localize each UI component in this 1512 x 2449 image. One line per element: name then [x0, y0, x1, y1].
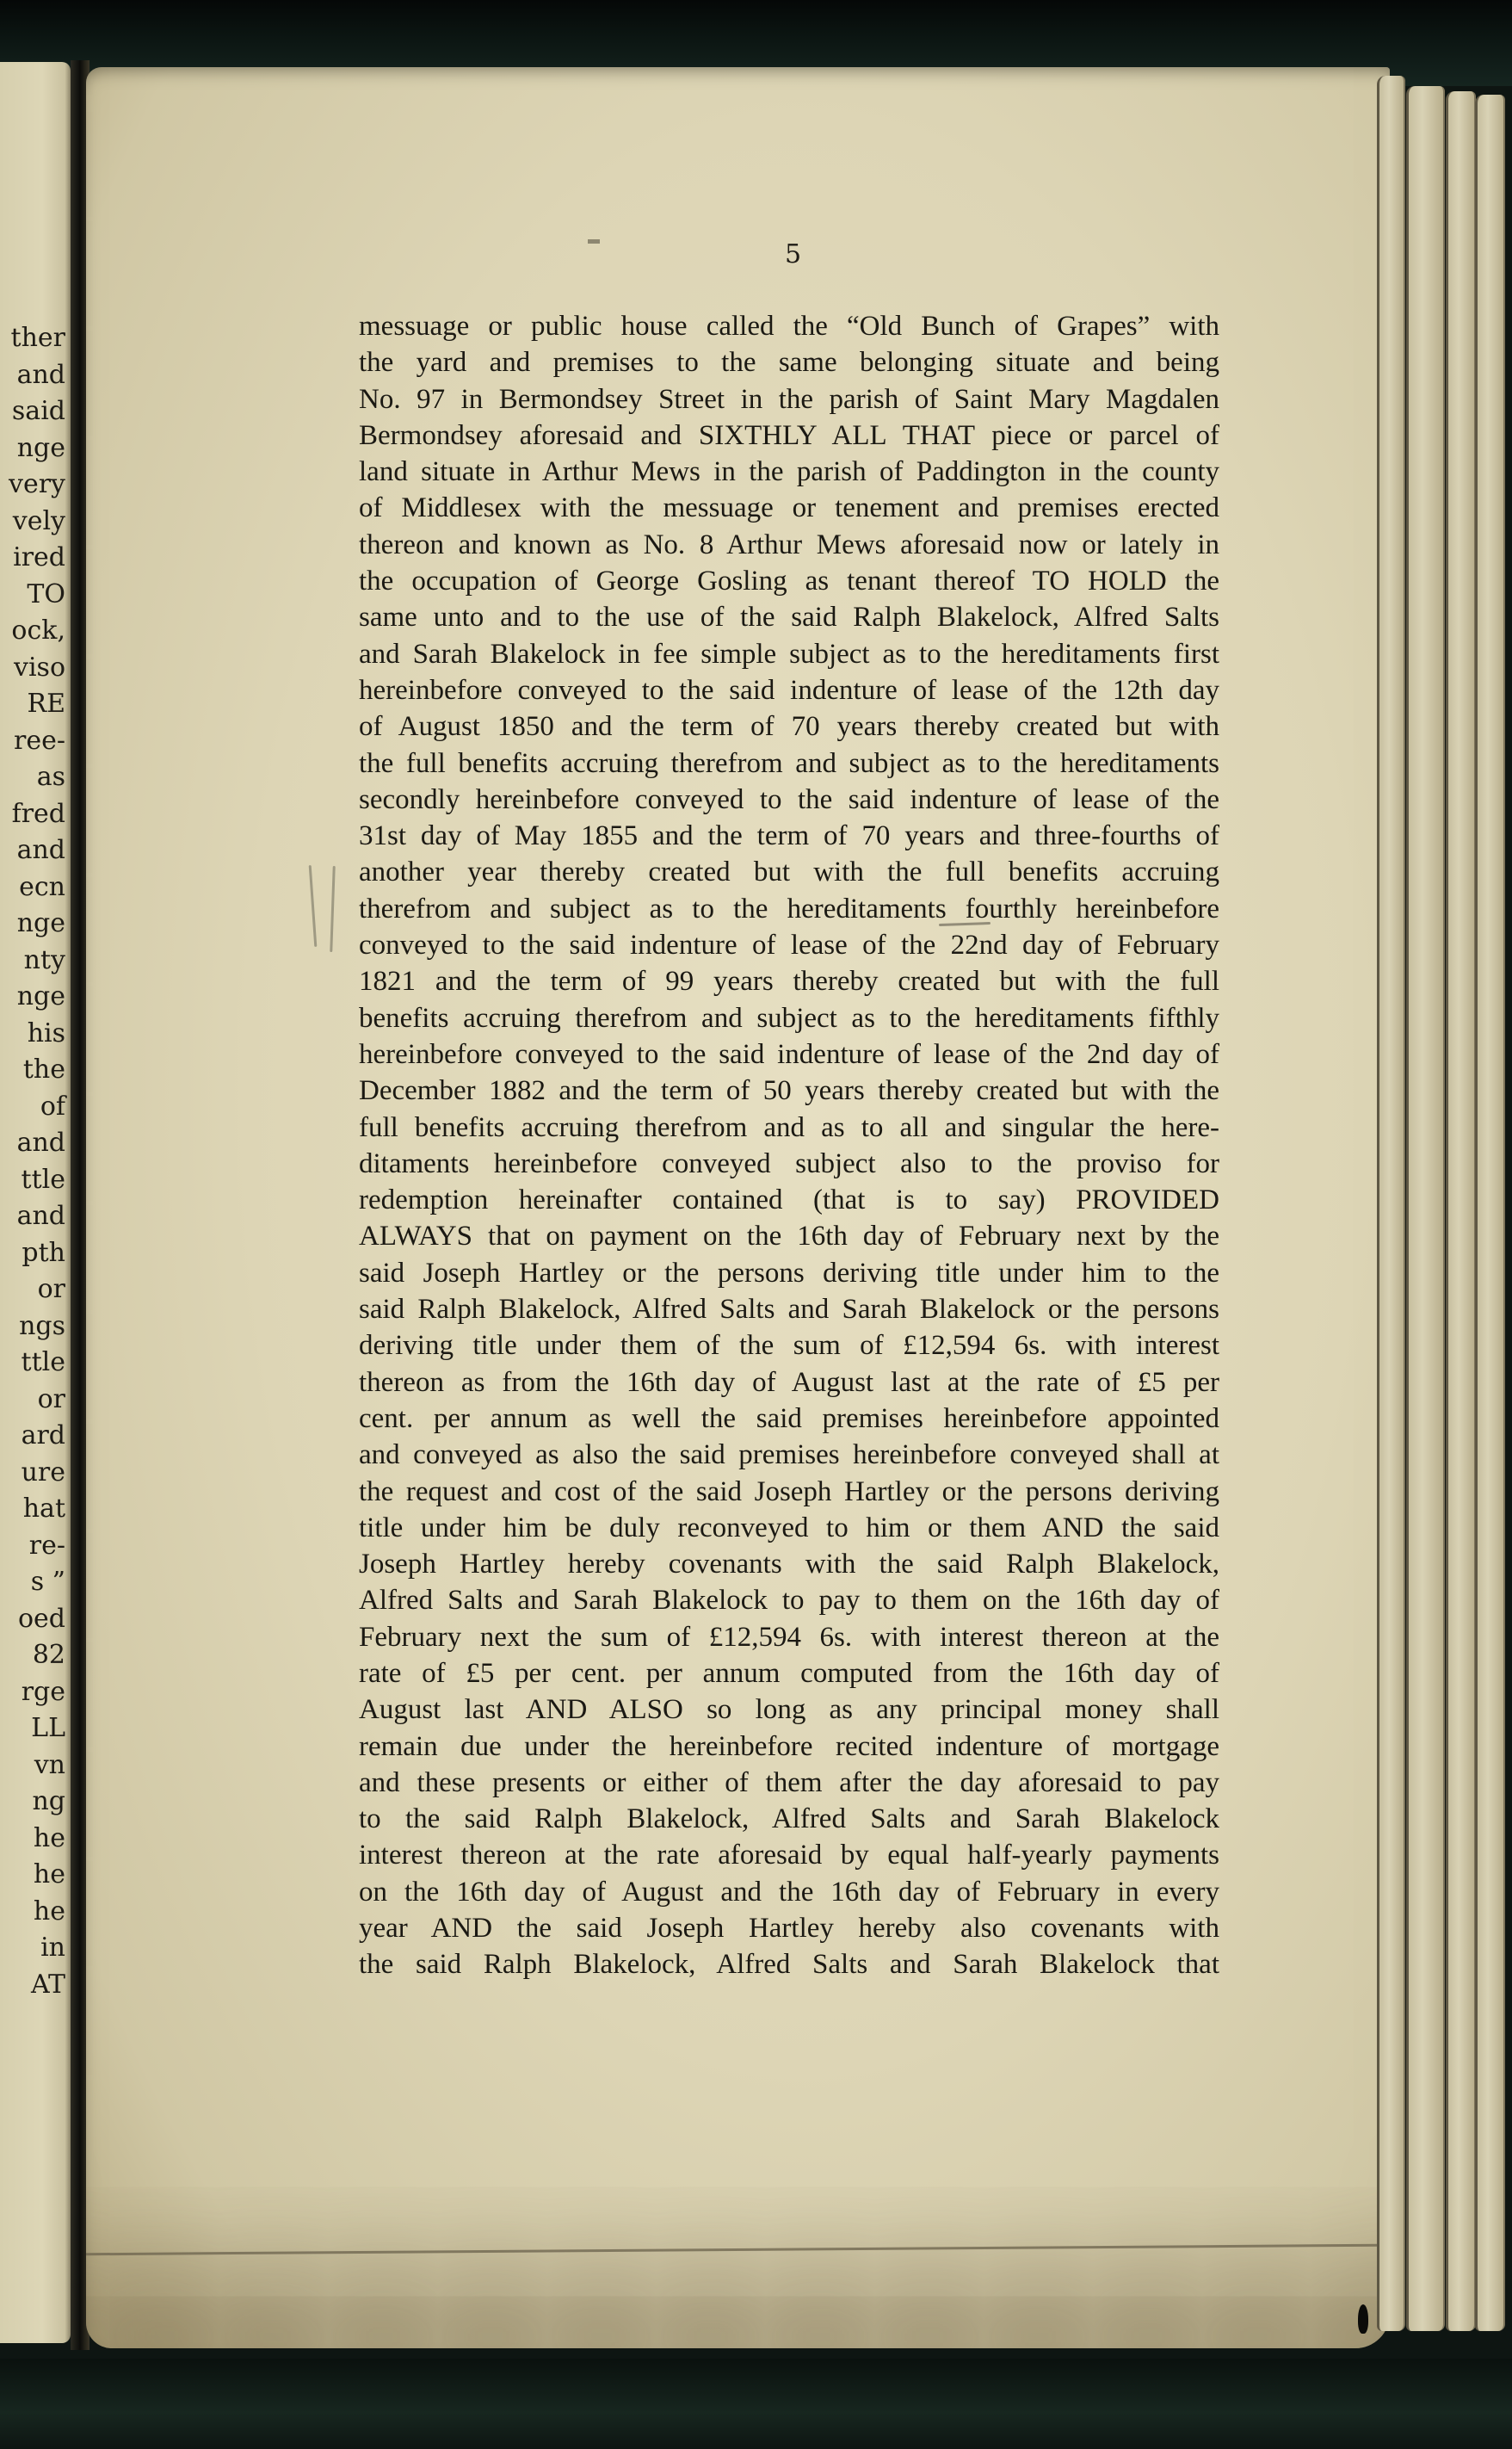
left-page-fragment: s ” — [9, 1564, 65, 1601]
text-line: deriving title under them of the sum of … — [359, 1327, 1219, 1364]
left-page-fragment: ock, — [9, 613, 65, 650]
left-page-fragment: he — [9, 1821, 65, 1858]
left-page-fragment: ired — [9, 540, 65, 577]
left-page-fragment: vn — [9, 1747, 65, 1784]
text-line: 1821 and the term of 99 years thereby cr… — [359, 963, 1219, 999]
left-page-fragment: vely — [9, 504, 65, 541]
text-line: the occupation of George Gosling as tena… — [359, 563, 1219, 599]
left-page-fragment: RE — [9, 686, 65, 723]
page-edge — [1377, 76, 1405, 2331]
left-page-fragment: ure — [9, 1455, 65, 1492]
text-line: the said Ralph Blakelock, Alfred Salts a… — [359, 1946, 1219, 1982]
left-page-fragment: nge — [9, 430, 65, 467]
text-line: secondly hereinbefore conveyed to the sa… — [359, 782, 1219, 818]
text-line: the full benefits accruing therefrom and… — [359, 745, 1219, 782]
text-line: conveyed to the said indenture of lease … — [359, 927, 1219, 963]
text-line: remain due under the hereinbefore recite… — [359, 1729, 1219, 1765]
left-page-fragment: as — [9, 759, 65, 796]
left-page-fragment: he — [9, 1857, 65, 1894]
left-page-text-fragments: therandsaidngeveryvelyiredTOock,visoREre… — [9, 320, 65, 2003]
text-line: of Middlesex with the messuage or teneme… — [359, 490, 1219, 526]
left-page-fragment: said — [9, 393, 65, 430]
text-line: 31st day of May 1855 and the term of 70 … — [359, 818, 1219, 854]
text-line: land situate in Arthur Mews in the paris… — [359, 454, 1219, 490]
text-line: rate of £5 per cent. per annum computed … — [359, 1655, 1219, 1691]
left-page-fragment: AT — [9, 1967, 65, 2004]
left-page-fragment: ther — [9, 320, 65, 357]
text-line: cent. per annum as well the said premise… — [359, 1401, 1219, 1437]
left-page-fragment: oed — [9, 1601, 65, 1638]
text-line: same unto and to the use of the said Ral… — [359, 599, 1219, 635]
left-page-fragment: re- — [9, 1528, 65, 1565]
left-page-fragment: nge — [9, 906, 65, 943]
left-page-fragment: viso — [9, 650, 65, 687]
text-line: year AND the said Joseph Hartley hereby … — [359, 1910, 1219, 1946]
left-page-fragment: ard — [9, 1418, 65, 1455]
left-page-fragment: very — [9, 467, 65, 504]
text-line: benefits accruing therefrom and subject … — [359, 1000, 1219, 1036]
left-page-fragment: and — [9, 1198, 65, 1235]
left-page-fragment: and — [9, 357, 65, 394]
text-line: of August 1850 and the term of 70 years … — [359, 708, 1219, 745]
left-page-fragment: or — [9, 1382, 65, 1419]
text-line: Alfred Salts and Sarah Blakelock to pay … — [359, 1582, 1219, 1618]
text-line: said Ralph Blakelock, Alfred Salts and S… — [359, 1291, 1219, 1327]
text-line: No. 97 in Bermondsey Street in the paris… — [359, 381, 1219, 417]
left-page-fragment: LL — [9, 1710, 65, 1747]
left-page-fragment: nge — [9, 979, 65, 1016]
left-page-fragment: and — [9, 832, 65, 869]
text-line: redemption hereinafter contained (that i… — [359, 1182, 1219, 1218]
left-page-fragment: or — [9, 1271, 65, 1308]
left-page-fragment: the — [9, 1052, 65, 1089]
left-page-fragment: pth — [9, 1235, 65, 1272]
text-line: interest thereon at the rate aforesaid b… — [359, 1837, 1219, 1873]
text-line: thereon and known as No. 8 Arthur Mews a… — [359, 527, 1219, 563]
left-page-fragment: ngs — [9, 1308, 65, 1345]
left-page-fragment: TO — [9, 577, 65, 614]
text-line: title under him be duly reconveyed to hi… — [359, 1510, 1219, 1546]
text-line: February next the sum of £12,594 6s. wit… — [359, 1619, 1219, 1655]
text-line: messuage or public house called the “Old… — [359, 308, 1219, 344]
text-line: another year thereby created but with th… — [359, 854, 1219, 890]
text-line: ditaments hereinbefore conveyed subject … — [359, 1146, 1219, 1182]
text-line: said Joseph Hartley or the persons deriv… — [359, 1255, 1219, 1291]
left-page-partial: therandsaidngeveryvelyiredTOock,visoREre… — [0, 62, 71, 2343]
text-line: hereinbefore conveyed to the said indent… — [359, 1036, 1219, 1073]
left-page-fragment: ree- — [9, 723, 65, 760]
page-number: 5 — [785, 239, 801, 269]
left-page-fragment: his — [9, 1016, 65, 1053]
left-page-fragment: fred — [9, 796, 65, 833]
left-page-fragment: ecn — [9, 869, 65, 906]
text-line: ALWAYS that on payment on the 16th day o… — [359, 1218, 1219, 1254]
left-page-fragment: 82 — [9, 1637, 65, 1674]
printer-mark — [588, 239, 600, 244]
body-text: messuage or public house called the “Old… — [359, 308, 1219, 1983]
text-line: and conveyed as also the said premises h… — [359, 1437, 1219, 1473]
text-line: on the 16th day of August and the 16th d… — [359, 1874, 1219, 1910]
text-line: thereon as from the 16th day of August l… — [359, 1364, 1219, 1401]
text-line: and Sarah Blakelock in fee simple subjec… — [359, 636, 1219, 672]
page-edge — [1475, 95, 1505, 2331]
left-page-fragment: of — [9, 1089, 65, 1126]
text-line: hereinbefore conveyed to the said indent… — [359, 672, 1219, 708]
book-cloth-bottom — [0, 2359, 1512, 2449]
text-line: Joseph Hartley hereby covenants with the… — [359, 1546, 1219, 1582]
text-line: August last AND ALSO so long as any prin… — [359, 1691, 1219, 1728]
text-line: full benefits accruing therefrom and as … — [359, 1110, 1219, 1146]
left-page-fragment: and — [9, 1125, 65, 1162]
left-page-fragment: ttle — [9, 1345, 65, 1382]
text-line: the request and cost of the said Joseph … — [359, 1474, 1219, 1510]
page-tab-mark — [1358, 2304, 1368, 2334]
text-line: the yard and premises to the same belong… — [359, 344, 1219, 380]
left-page-fragment: in — [9, 1930, 65, 1967]
left-page-fragment: ttle — [9, 1162, 65, 1199]
left-page-fragment: hat — [9, 1491, 65, 1528]
text-line: Bermondsey aforesaid and SIXTHLY ALL THA… — [359, 417, 1219, 454]
page-edges-stack — [1377, 76, 1506, 2331]
left-page-fragment: rge — [9, 1674, 65, 1711]
text-line: to the said Ralph Blakelock, Alfred Salt… — [359, 1801, 1219, 1837]
text-line: and these presents or either of them aft… — [359, 1765, 1219, 1801]
left-page-fragment: nty — [9, 943, 65, 980]
text-line: therefrom and subject as to the heredita… — [359, 891, 1219, 927]
left-page-fragment: ng — [9, 1784, 65, 1821]
page-edge — [1446, 91, 1476, 2331]
left-page-fragment: he — [9, 1894, 65, 1931]
page-edge — [1406, 86, 1445, 2331]
text-line: December 1882 and the term of 50 years t… — [359, 1073, 1219, 1109]
